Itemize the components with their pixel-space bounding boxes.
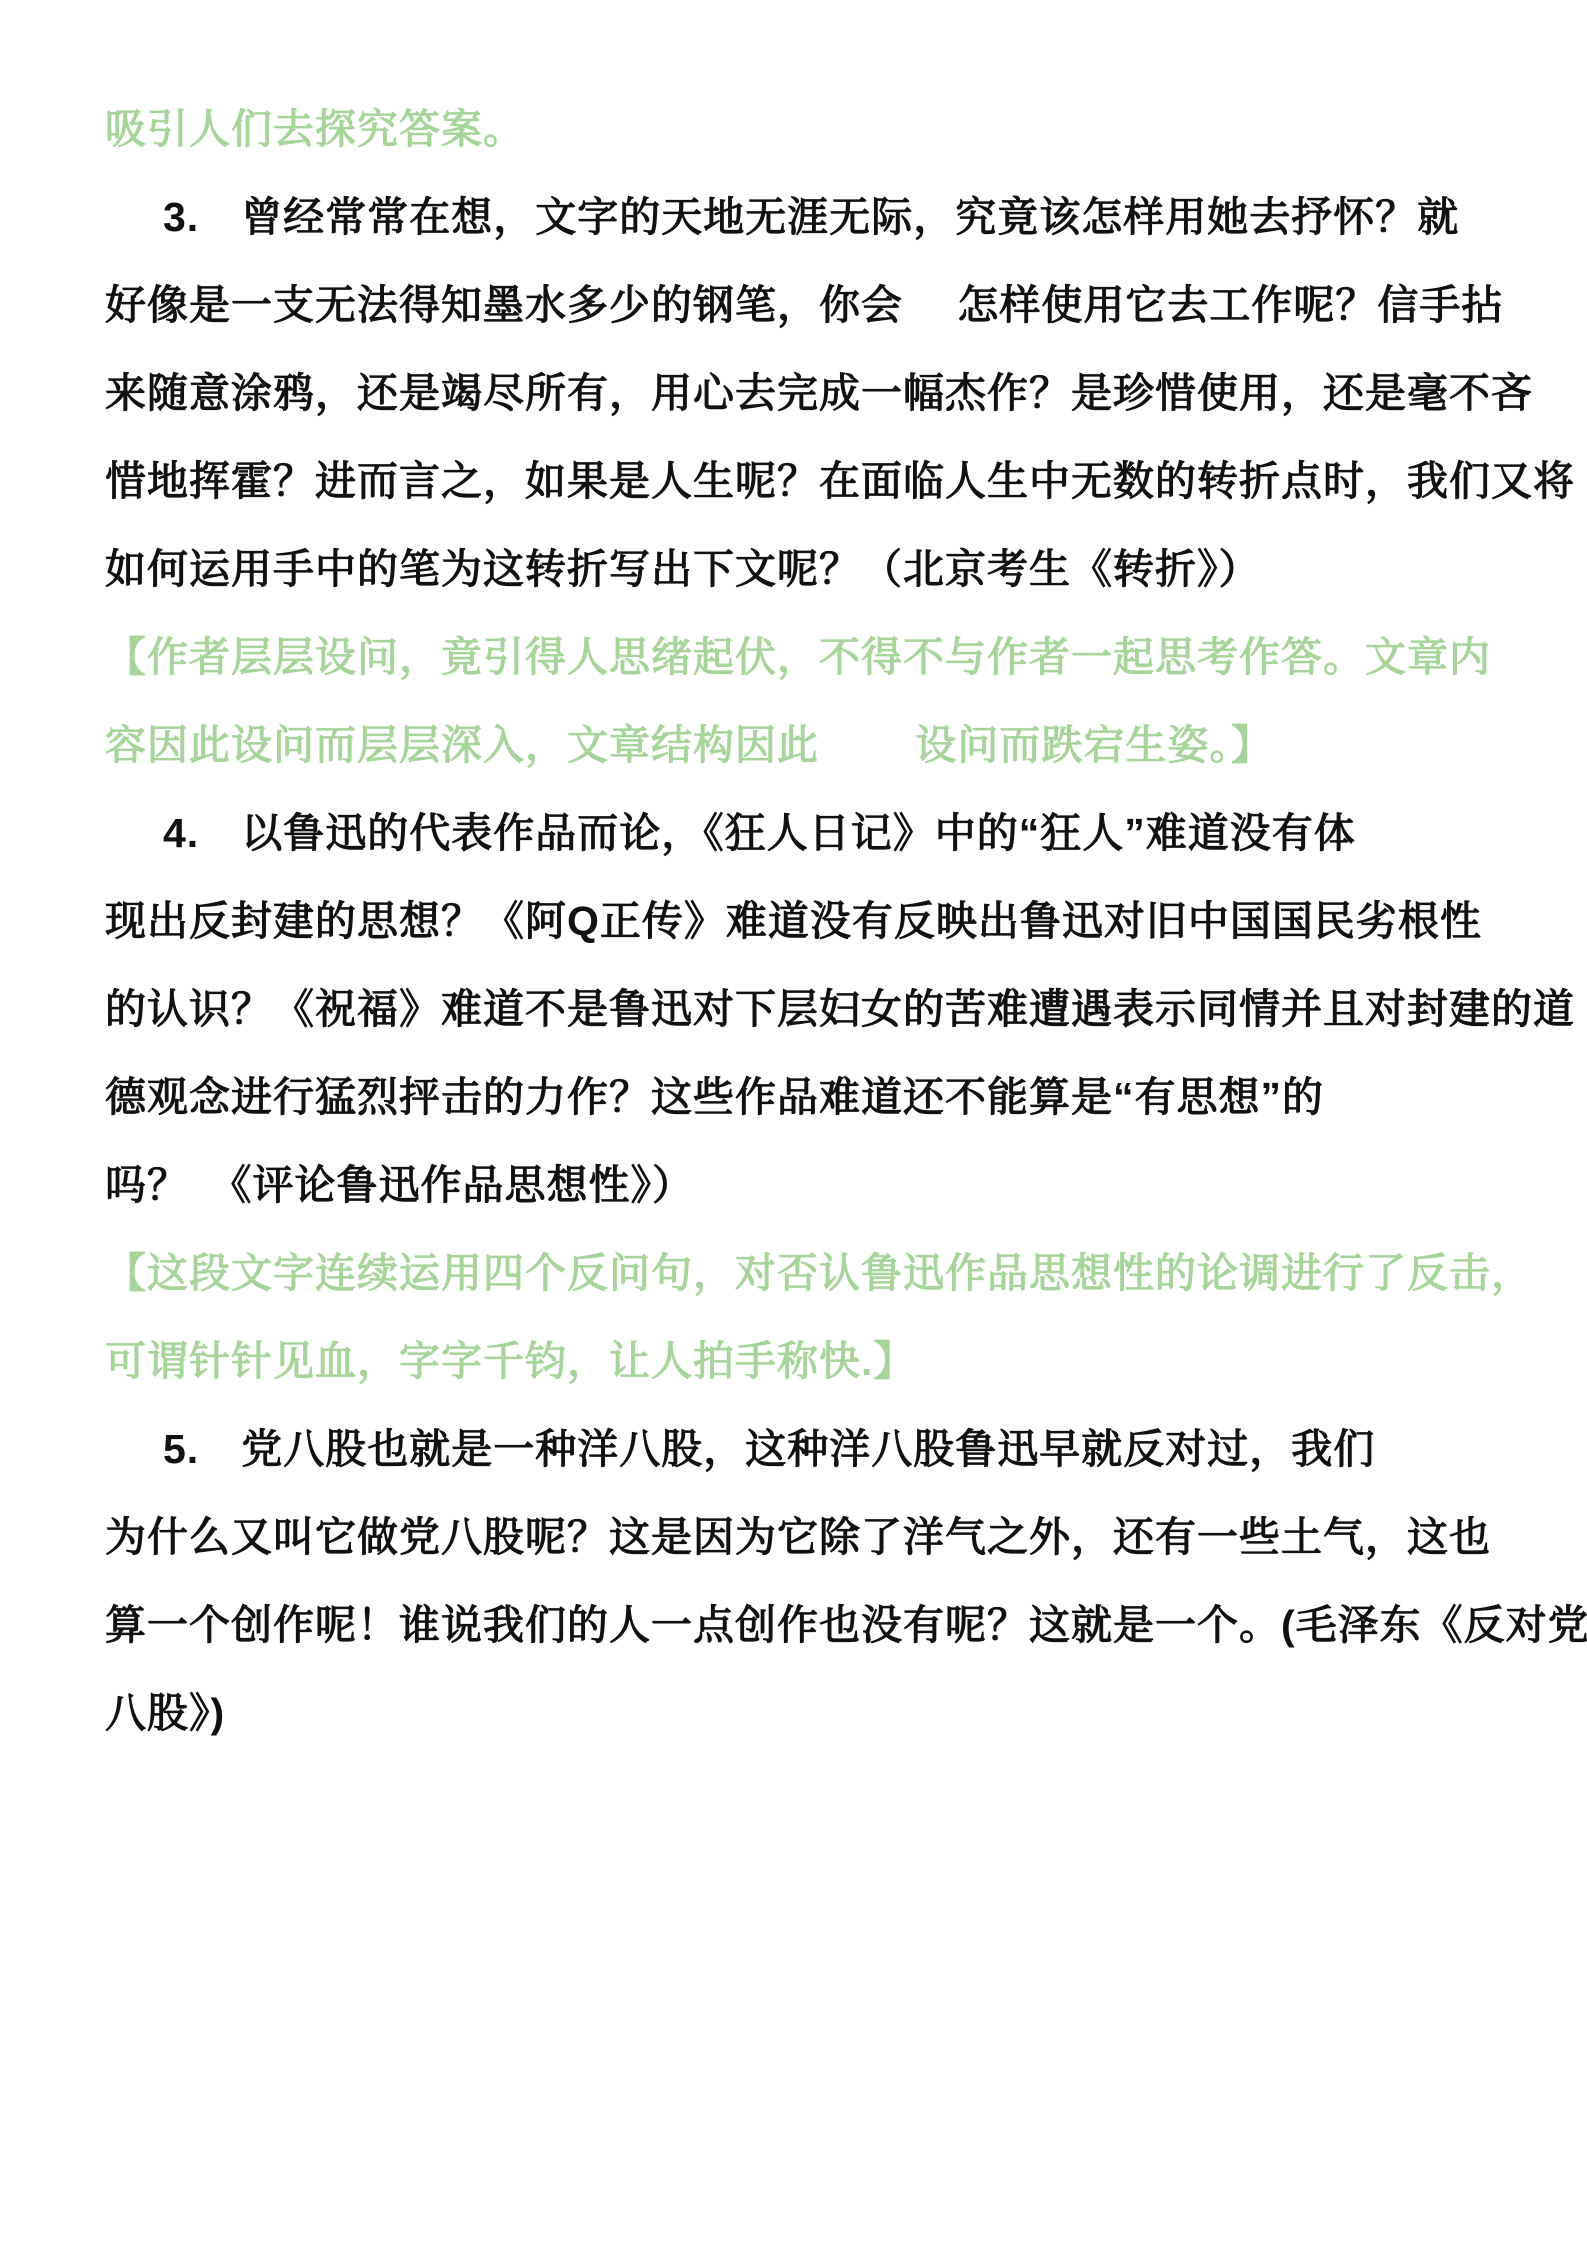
annotation-for-example-4: 【这段文字连续运用四个反问句，对否认鲁迅作品思想性的论调进行了反击， 可谓针针见… [105, 1229, 1517, 1405]
annotation-continuation-text: 吸引人们去探究答案。 [105, 85, 1517, 173]
example-paragraph-4: 4. 以鲁迅的代表作品而论，《狂人日记》中的“狂人”难道没有体 现出反封建的思想… [105, 789, 1517, 1229]
example-paragraph-3: 3. 曾经常常在想，文字的天地无涯无际，究竟该怎样用她去抒怀？就 好像是一支无法… [105, 173, 1517, 613]
annotation-for-example-3: 【作者层层设问，竟引得人思绪起伏，不得不与作者一起思考作答。文章内 容因此设问而… [105, 613, 1517, 789]
example-paragraph-5: 5. 党八股也就是一种洋八股，这种洋八股鲁迅早就反对过，我们 为什么又叫它做党八… [105, 1405, 1517, 1757]
document-page: 吸引人们去探究答案。 3. 曾经常常在想，文字的天地无涯无际，究竟该怎样用她去抒… [0, 0, 1587, 2245]
